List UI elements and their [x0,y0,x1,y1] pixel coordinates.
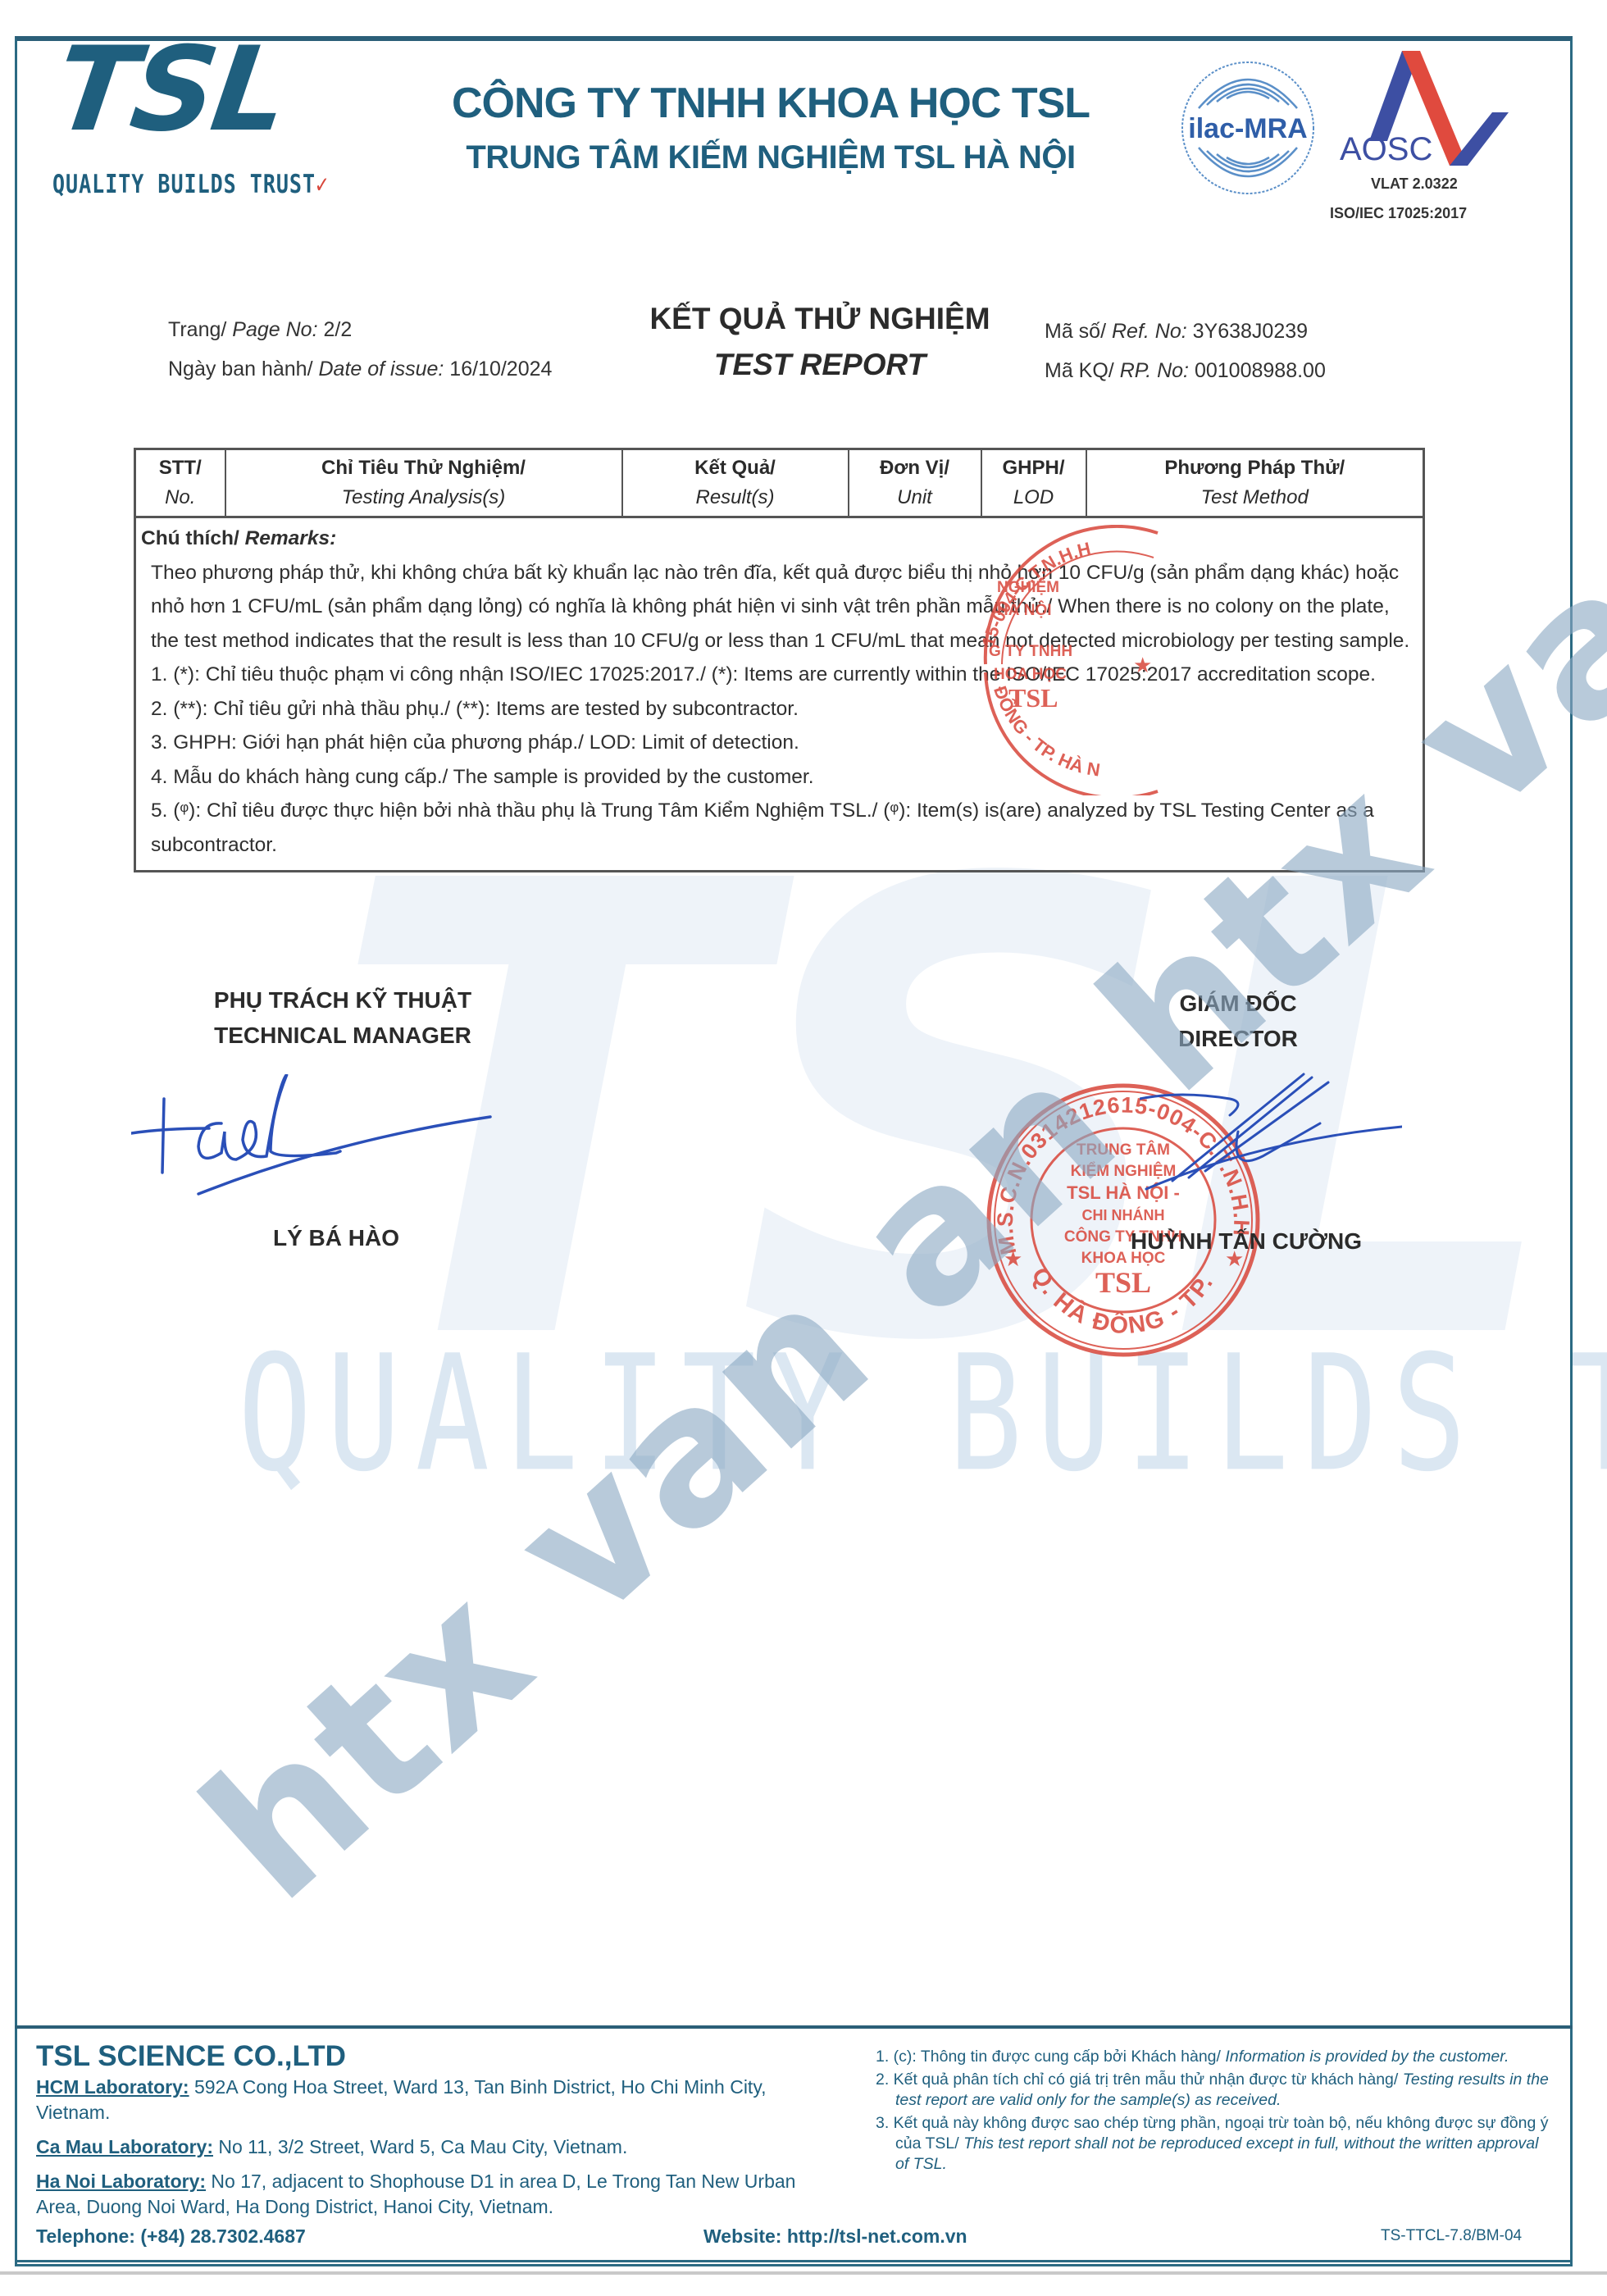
page-edge [0,2271,1607,2275]
ref-label-vi: Mã số/ [1045,320,1106,343]
issue-date: Ngày ban hành/ Date of issue: 16/10/2024 [168,349,552,389]
date-label-vi: Ngày ban hành/ [168,358,313,380]
stamp-line: NGHIỆM [997,578,1059,596]
column-header-vi: GHPH/ [1002,457,1064,479]
page-value: 2/2 [323,318,352,341]
star-icon: ★ [1133,653,1152,677]
column-header-analysis: Chỉ Tiêu Thử Nghiệm/Testing Analysis(s) [225,449,622,517]
director-title-vi: GIÁM ĐỐC [1140,986,1336,1021]
page-number: Trang/ Page No: 2/2 [168,310,552,349]
column-header-en: LOD [987,483,1081,512]
lab-label: Ha Noi Laboratory: [36,2171,206,2192]
footer-divider [15,2025,1573,2029]
test-results-table: STT/No. Chỉ Tiêu Thử Nghiệm/Testing Anal… [134,448,1425,872]
column-header-no: STT/No. [135,449,225,517]
column-header-vi: Chỉ Tiêu Thử Nghiệm/ [321,457,526,479]
director-title: GIÁM ĐỐC DIRECTOR [1140,986,1336,1056]
rp-value: 001008988.00 [1195,359,1326,382]
remarks-title-vi: Chú thích/ [141,527,239,549]
date-label-en: Date of issue: [318,358,444,380]
remarks-row: Chú thích/ Remarks: Theo phương pháp thử… [135,517,1424,872]
rp-number: Mã KQ/ RP. No: 001008988.00 [1045,351,1326,390]
date-value: 16/10/2024 [449,358,552,380]
page-label-en: Page No: [232,318,317,341]
director-name: HUỲNH TẤN CƯỜNG [1099,1228,1394,1255]
column-header-vi: Phương Pháp Thử/ [1164,457,1345,479]
ref-label-en: Ref. No: [1112,320,1187,343]
report-title: KẾT QUẢ THỬ NGHIỆM [623,302,1017,336]
remarks-cell: Chú thích/ Remarks: Theo phương pháp thử… [135,517,1424,872]
column-header-unit: Đơn Vị/Unit [849,449,981,517]
director-signature-icon [1140,1066,1402,1230]
technical-manager-name: LÝ BÁ HÀO [197,1225,476,1251]
lab-address-hanoi: Ha Noi Laboratory: No 17, adjacent to Sh… [36,2169,815,2220]
stamp-line: HOA HỌC [994,666,1067,683]
footer-notes: 1. (c): Thông tin được cung cấp bởi Khác… [876,2047,1556,2177]
stamp-line: G TY TNHH [989,643,1072,660]
checkmark-icon: ✓ [316,169,329,198]
footer-form-code: TS-TTCL-7.8/BM-04 [1381,2227,1522,2245]
column-header-en: No. [141,483,220,512]
remarks-title: Chú thích/ Remarks: [141,522,1414,556]
star-icon: ★ [1004,1246,1022,1271]
column-header-en: Testing Analysis(s) [231,483,617,512]
column-header-lod: GHPH/LOD [981,449,1086,517]
footer-addresses: HCM Laboratory: 592A Cong Hoa Street, Wa… [36,2075,815,2229]
column-header-en: Result(s) [628,483,843,512]
director-title-en: DIRECTOR [1140,1021,1336,1056]
footer-note-vi: 1. (c): Thông tin được cung cấp bởi Khác… [876,2048,1225,2066]
remarks-item: 2. (**): Chỉ tiêu gửi nhà thầu phụ./ (**… [151,692,1414,727]
footer-telephone: Telephone: (+84) 28.7302.4687 [36,2225,306,2248]
remarks-title-en: Remarks: [245,527,337,549]
logo-tagline: QUALITY BUILDS TRUST✓ [52,169,329,198]
stamp-line: TSL [1095,1266,1151,1299]
column-header-vi: Đơn Vị/ [880,457,949,479]
footer-note-vi: 2. Kết quả phân tích chỉ có giá trị trên… [876,2070,1403,2089]
aosc-code: VLAT 2.0322 [1371,175,1458,193]
company-stamp-small-icon: 15-004-C.T.N.H.H NGHIỆM HÀ NỘI G TY TNHH… [977,525,1166,795]
ilac-mra-logo-icon: ilac-MRA [1179,59,1317,197]
logo-tagline-text: QUALITY BUILDS TRUST [52,169,316,198]
remarks-item: 4. Mẫu do khách hàng cung cấp./ The samp… [151,760,1414,795]
lab-address-hcm: HCM Laboratory: 592A Cong Hoa Street, Wa… [36,2075,815,2125]
technical-manager-title-vi: PHỤ TRÁCH KỸ THUẬT [203,982,482,1018]
footer-company-name: TSL SCIENCE CO.,LTD [36,2040,346,2073]
ref-number: Mã số/ Ref. No: 3Y638J0239 [1045,312,1326,351]
lab-label: HCM Laboratory: [36,2076,189,2098]
page-label-vi: Trang/ [168,318,226,341]
technical-manager-title-en: TECHNICAL MANAGER [203,1018,482,1053]
ref-value: 3Y638J0239 [1193,320,1308,343]
footer-note: 3. Kết quả này không được sao chép từng … [876,2113,1556,2175]
remarks-intro: Theo phương pháp thử, khi không chứa bất… [151,556,1414,658]
remarks-item: 5. (ᵠ): Chỉ tiêu được thực hiện bởi nhà … [151,794,1414,862]
lab-address-camau: Ca Mau Laboratory: No 11, 3/2 Street, Wa… [36,2134,815,2160]
technical-manager-signature-icon [131,1074,492,1205]
footer-note: 2. Kết quả phân tích chỉ có giá trị trên… [876,2070,1556,2111]
center-name: TRUNG TÂM KIẾM NGHIỆM TSL HÀ NỘI [426,139,1115,176]
lab-label: Ca Mau Laboratory: [36,2136,213,2157]
aosc-standard: ISO/IEC 17025:2017 [1330,205,1467,222]
report-meta-right: Mã số/ Ref. No: 3Y638J0239 Mã KQ/ RP. No… [1045,312,1326,390]
company-name: CÔNG TY TNHH KHOA HỌC TSL [426,79,1115,128]
footer-note-en: Information is provided by the customer. [1225,2048,1509,2066]
rp-label-en: RP. No: [1120,359,1189,382]
column-header-en: Unit [854,483,976,512]
column-header-vi: Kết Quả/ [694,457,776,479]
rp-label-vi: Mã KQ/ [1045,359,1114,382]
stamp-line: HÀ NỘI [997,601,1052,619]
column-header-method: Phương Pháp Thử/Test Method [1086,449,1424,517]
report-meta-left: Trang/ Page No: 2/2 Ngày ban hành/ Date … [168,310,552,389]
footer-note-en: This test report shall not be reproduced… [895,2134,1538,2173]
remarks-item: 3. GHPH: Giới hạn phát hiện của phương p… [151,726,1414,760]
technical-manager-title: PHỤ TRÁCH KỸ THUẬT TECHNICAL MANAGER [203,982,482,1053]
remarks-item: 1. (*): Chỉ tiêu thuộc phạm vi công nhận… [151,658,1414,692]
column-header-en: Test Method [1092,483,1418,512]
footer-website-link[interactable]: Website: http://tsl-net.com.vn [703,2225,967,2248]
column-header-result: Kết Quả/Result(s) [622,449,849,517]
table-header-row: STT/No. Chỉ Tiêu Thử Nghiệm/Testing Anal… [135,449,1424,517]
remarks-body: Theo phương pháp thử, khi không chứa bất… [141,556,1414,863]
aosc-label: AOSC [1340,131,1432,168]
lab-address: No 11, 3/2 Street, Ward 5, Ca Mau City, … [213,2136,627,2157]
column-header-vi: STT/ [159,457,202,479]
report-subtitle: TEST REPORT [623,348,1017,382]
tsl-logo: TSL [51,49,357,131]
ilac-label: ilac-MRA [1188,113,1307,144]
footer-bottom-divider [15,2260,1573,2262]
footer-note: 1. (c): Thông tin được cung cấp bởi Khác… [876,2047,1556,2067]
